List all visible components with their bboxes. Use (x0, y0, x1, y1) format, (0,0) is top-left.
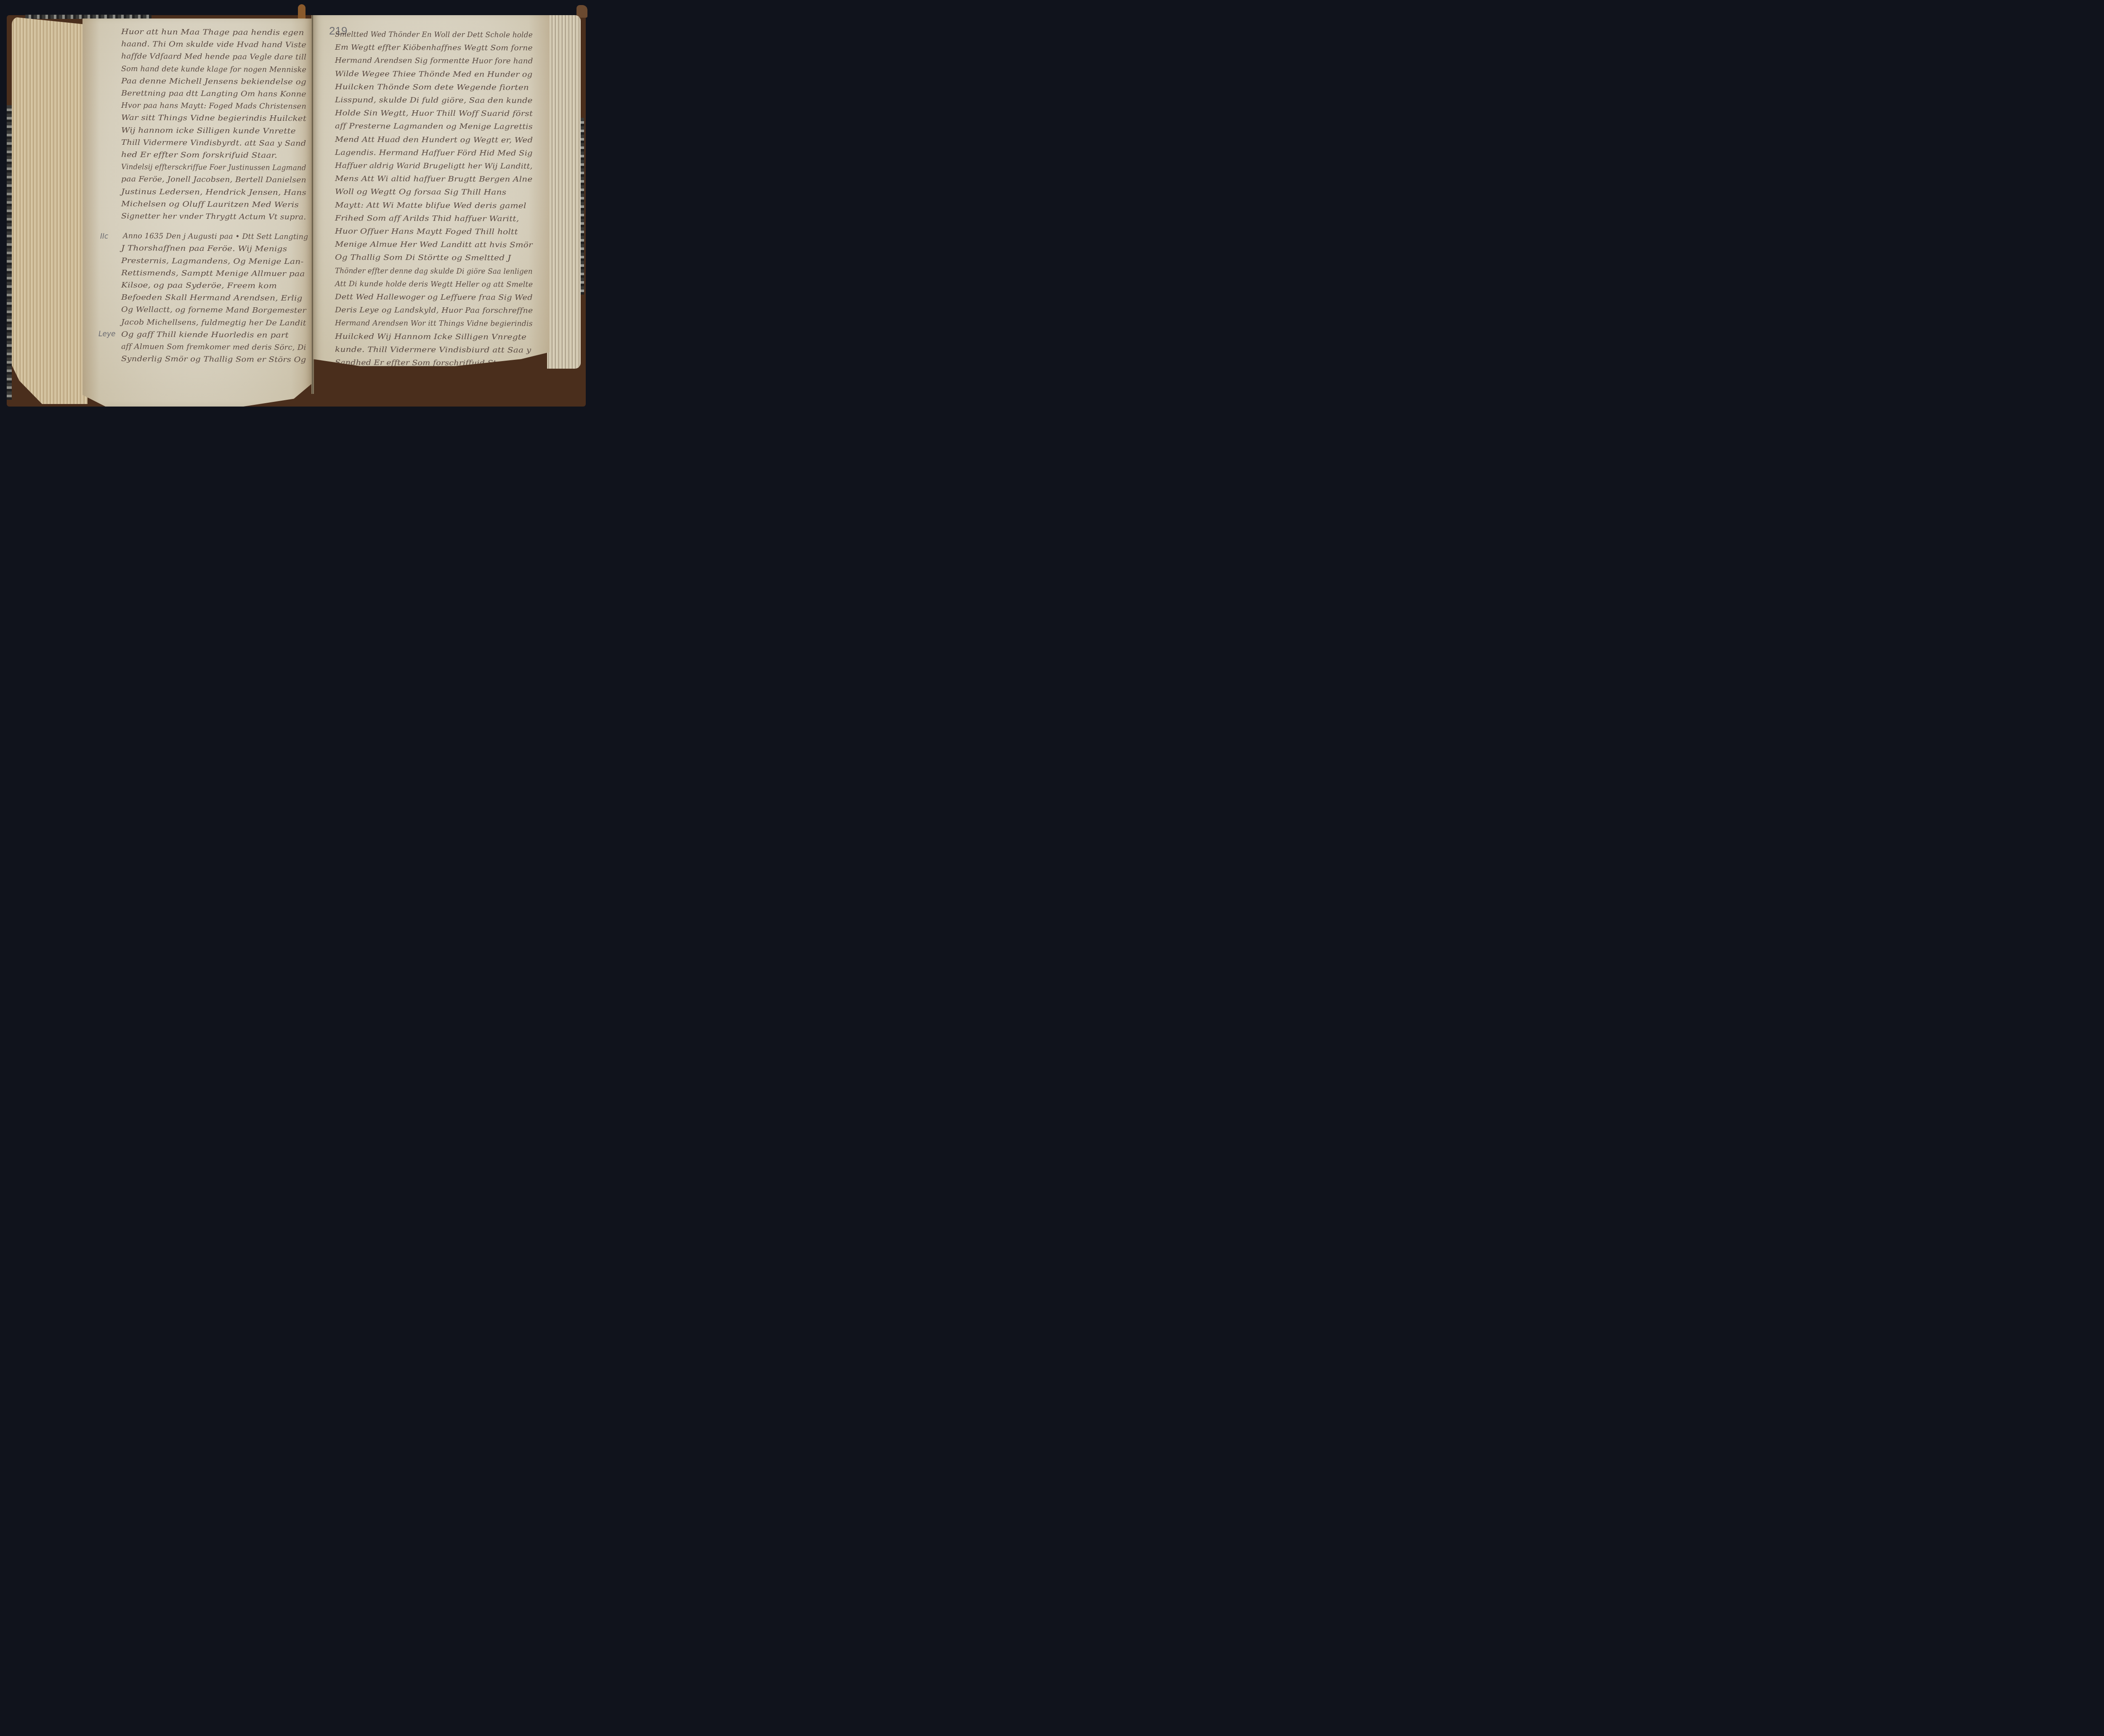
manuscript-line: Deris Leye og Landskyld, Huor Paa forsch… (335, 306, 533, 315)
margin-note: Leye (98, 330, 115, 338)
manuscript-line: Huilcked Wij Hannom Icke Silligen Vnregt… (335, 332, 526, 342)
manuscript-line: Hermand Arendsen Sig formentte Huor fore… (335, 56, 533, 66)
manuscript-line: haand. Thi Om skulde vide Hvad hand Vist… (121, 40, 306, 49)
manuscript-line: Mens Att Wi altid haffuer Brugtt Bergen … (335, 175, 532, 184)
manuscript-line: Som hand dete kunde klage for nogen Menn… (121, 65, 306, 74)
manuscript-line: Signetter her vnder Thrygtt Actum Vt sup… (121, 212, 306, 221)
marbled-cover-edge-left (7, 105, 12, 400)
manuscript-line: Presternis, Lagmandens, Og Menige Lan- (121, 257, 304, 266)
manuscript-line: Justinus Ledersen, Hendrick Jensen, Hans (121, 188, 306, 197)
right-page-stack (547, 15, 581, 369)
manuscript-line: Huor att hun Maa Thage paa hendis egen (121, 28, 304, 37)
manuscript-line: Og Thallig Som Di Störtte og Smeltted J (335, 253, 511, 262)
manuscript-line: Befoeden Skall Hermand Arendsen, Erlig (121, 293, 303, 303)
manuscript-line: Og Wellactt, og forneme Mand Borgemester (121, 306, 306, 315)
manuscript-line: Haffuer aldrig Warid Brugeligtt her Wij … (335, 162, 533, 171)
manuscript-line: Synderlig Smör og Thallig Som er Störs O… (121, 355, 306, 364)
manuscript-line: Anno 1635 Den j Augusti paa • Dtt Sett L… (123, 232, 308, 241)
left-page: Huor att hun Maa Thage paa hendis egenha… (82, 19, 312, 407)
manuscript-line: Og gaff Thill kiende Huorledis en part (121, 330, 289, 340)
manuscript-line: Mend Att Huad den Hundert og Wegtt er, W… (335, 136, 533, 145)
manuscript-line: Wij hannom icke Silligen kunde Vnrette (121, 126, 296, 136)
manuscript-line: War sitt Things Vidne begierindis Huilck… (121, 114, 306, 123)
manuscript-line: Woll og Wegtt Og forsaa Sig Thill Hans (335, 188, 506, 197)
manuscript-line: Thill Vidermere Vindisbyrdt. att Saa y S… (121, 138, 306, 148)
margin-note: IIc (100, 232, 108, 241)
manuscript-line: aff Almuen Som fremkomer med deris Sörc,… (121, 343, 306, 352)
manuscript-line: Lagendis. Hermand Haffuer Förd Hid Med S… (335, 149, 533, 158)
manuscript-line: Rettismends, Samptt Menige Allmuer paa (121, 269, 305, 278)
manuscript-line: Thönder effter denne dag skulde Di giöre… (335, 267, 533, 276)
manuscript-line: Dett Wed Hallewoger og Leffuere fraa Sig… (335, 293, 533, 302)
manuscript-line: hed Er effter Som forskrifuid Staar. (121, 151, 277, 160)
manuscript-line: aff Presterne Lagmanden og Menige Lagret… (335, 122, 533, 131)
manuscript-line: Hermand Arendsen Wor itt Things Vidne be… (335, 319, 533, 328)
manuscript-line: Em Wegtt effter Kiöbenhaffnes Wegtt Som … (335, 43, 533, 53)
manuscript-line: Kilsoe, og paa Syderöe, Freem kom (121, 281, 277, 290)
manuscript-line: Hvor paa hans Maytt: Foged Mads Christen… (121, 101, 306, 111)
manuscript-line: kunde. Thill Vidermere Vindisbiurd att S… (335, 346, 531, 355)
manuscript-line: Berettning paa dtt Langting Om hans Konn… (121, 89, 306, 98)
manuscript-line: Frihed Som aff Arilds Thid haffuer Warit… (335, 214, 519, 223)
manuscript-line: Smeltted Wed Thönder En Woll der Dett Sc… (335, 30, 533, 40)
manuscript-line: Vindelsij efftersckriffue Foer Justinuss… (121, 163, 306, 172)
manuscript-line: Holde Sin Wegtt, Huor Thill Woff Suarid … (335, 109, 533, 118)
marbled-cover-edge-top (25, 15, 151, 19)
manuscript-scene: Huor att hun Maa Thage paa hendis egenha… (0, 0, 599, 434)
manuscript-line: Lisspund, skulde Di fuld giöre, Saa den … (335, 96, 533, 105)
page-stain (82, 19, 99, 407)
manuscript-line: Huor Offuer Hans Maytt Foged Thill holtt (335, 227, 518, 237)
manuscript-line: J Thorshaffnen paa Feröe. Wij Menigs (121, 244, 287, 253)
manuscript-line: Maytt: Att Wi Matte blifue Wed deris gam… (335, 201, 526, 210)
manuscript-line: Huilcken Thönde Som dete Wegende fiorten (335, 83, 529, 92)
right-page: 219 Smeltted Wed Thönder En Woll der Det… (313, 15, 550, 366)
manuscript-line: Michelsen og Oluff Lauritzen Med Weris (121, 200, 299, 209)
manuscript-line: paa Feröe, Jonell Jacobsen, Bertell Dani… (121, 175, 306, 184)
left-page-stack (12, 17, 88, 404)
manuscript-line: Wilde Wegee Thiee Thönde Med en Hunder o… (335, 70, 533, 79)
manuscript-line: Paa denne Michell Jensens bekiendelse og (121, 77, 306, 86)
spine-leather-tab (298, 4, 306, 19)
manuscript-line: haffde Vdfaard Med hende paa Vegle dare … (121, 52, 306, 61)
manuscript-line: Att Di kunde holde deris Wegtt Heller og… (335, 280, 533, 289)
manuscript-line: Menige Almue Her Wed Landitt att hvis Sm… (335, 240, 533, 250)
manuscript-line: Jacob Michellsens, fuldmegtig her De Lan… (121, 318, 306, 327)
